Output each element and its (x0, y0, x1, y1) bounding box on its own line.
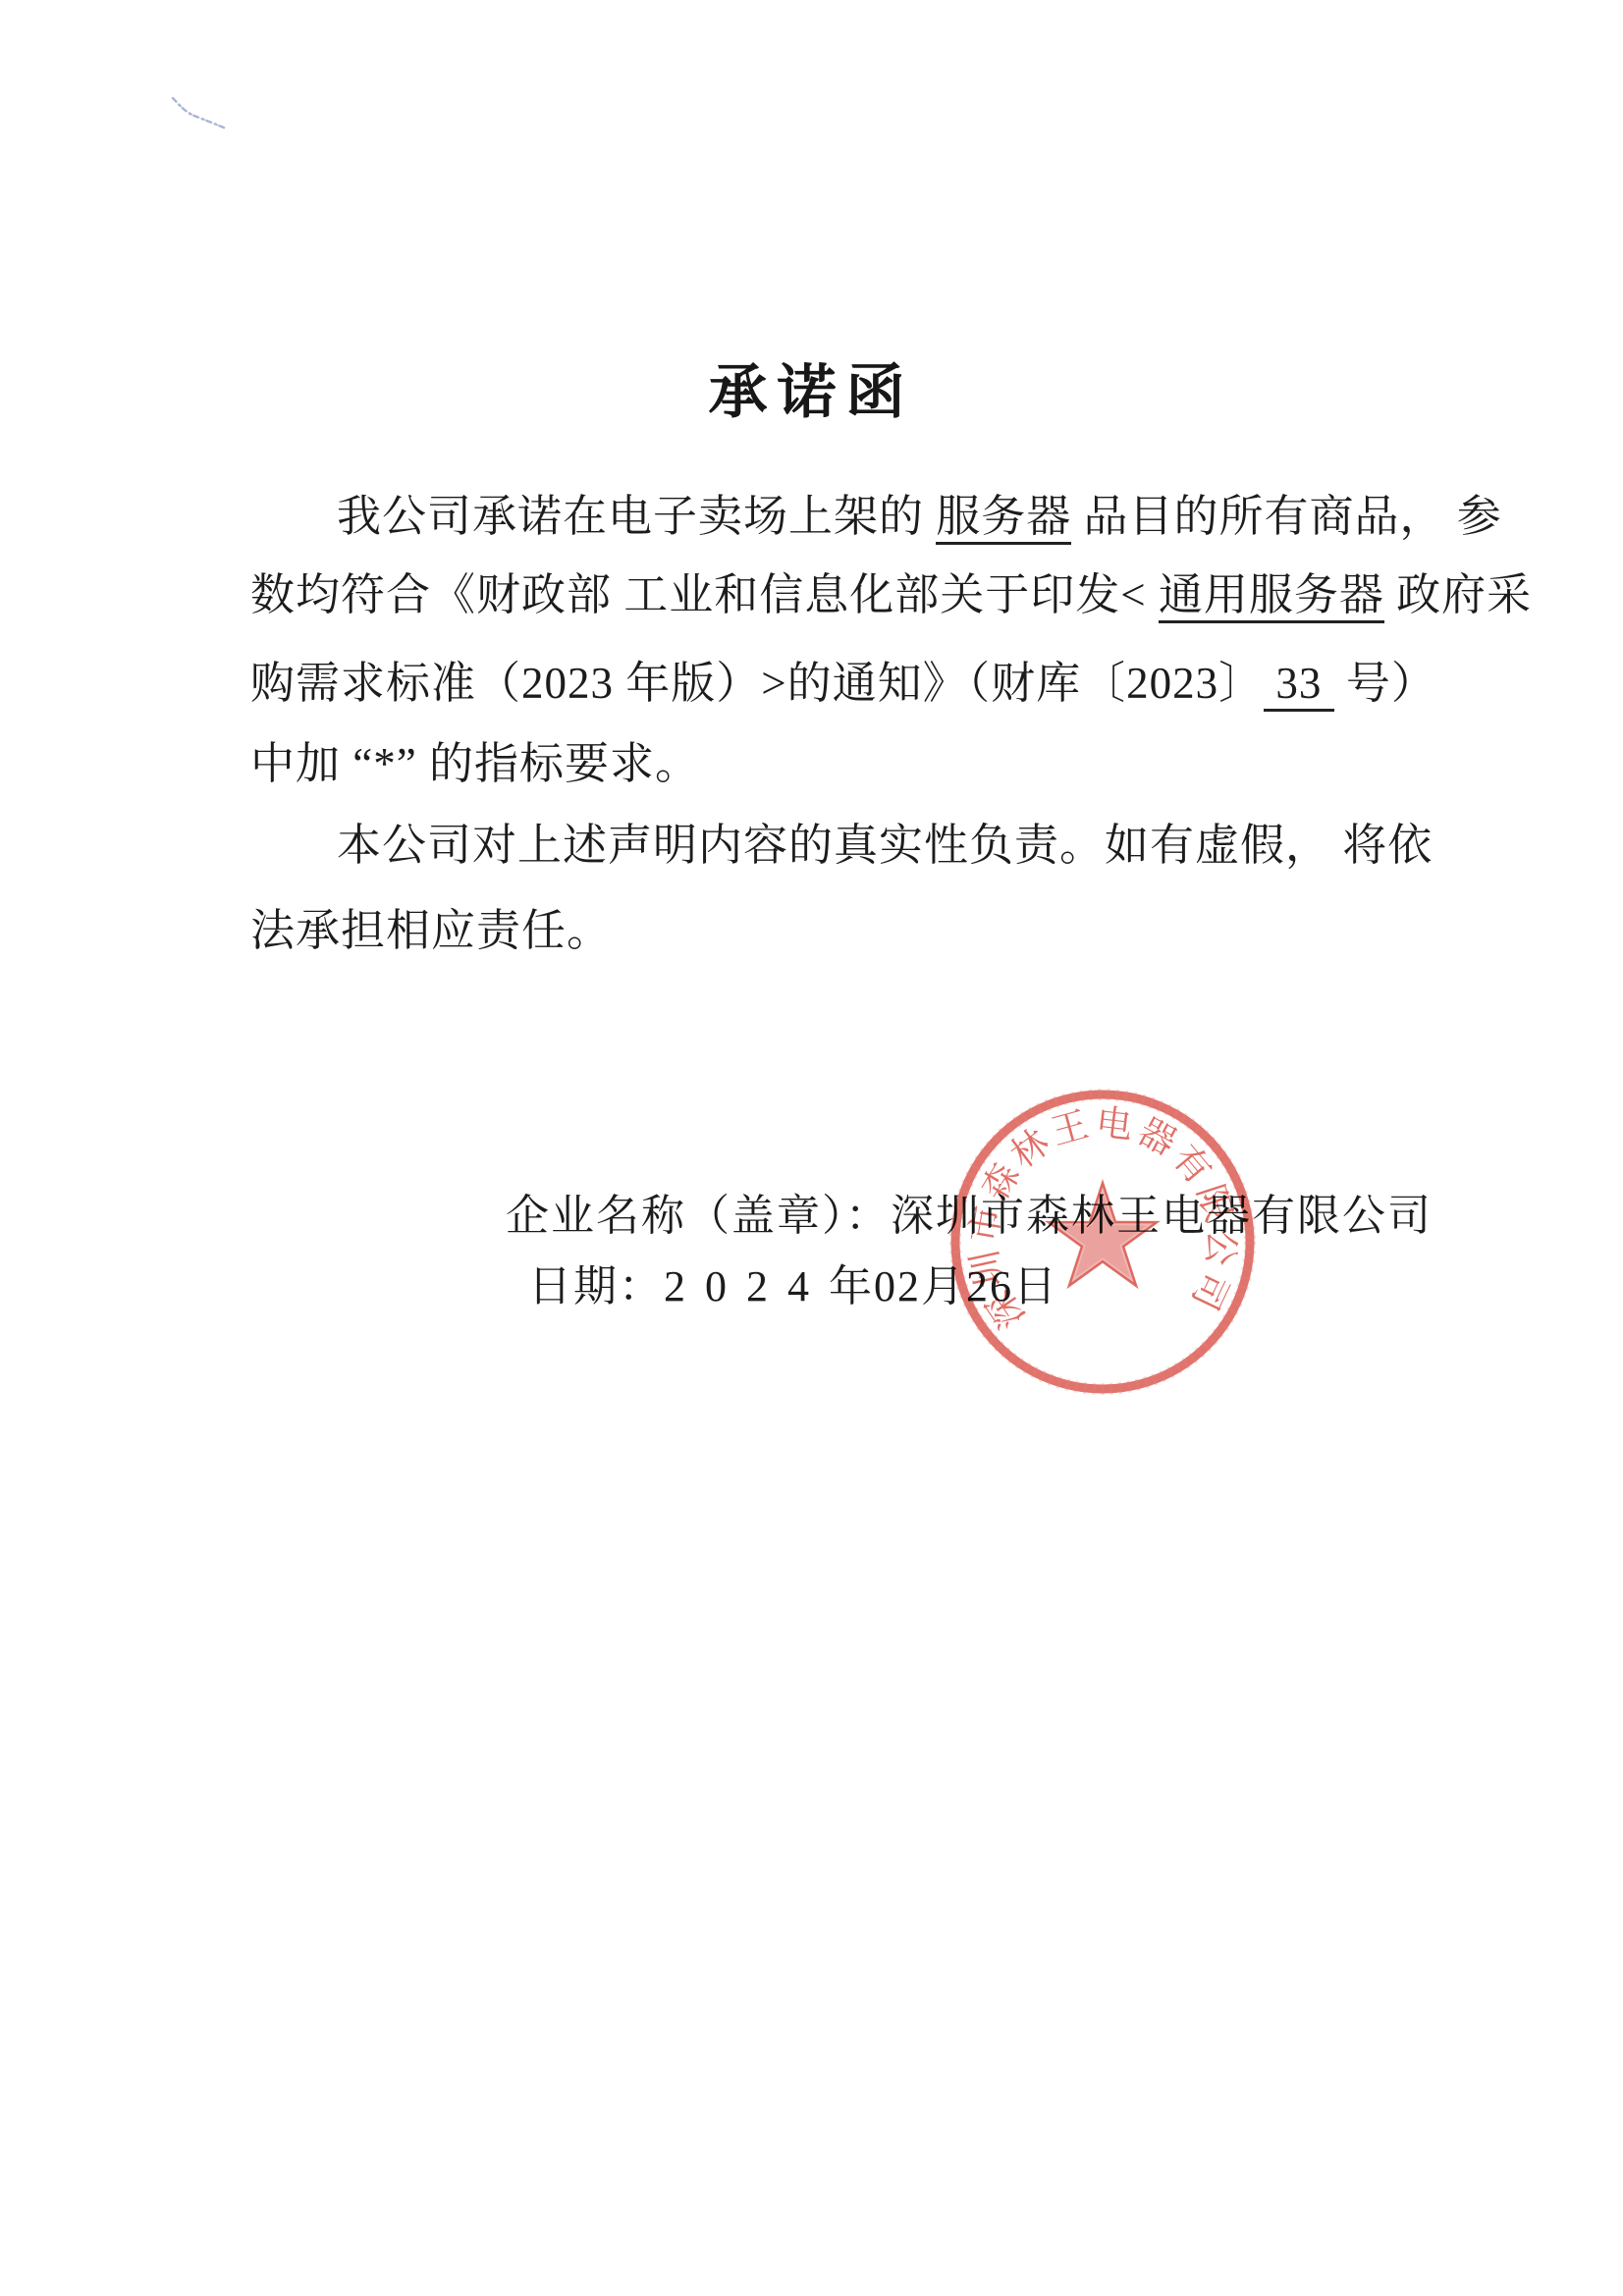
underlined-text: 通用服务器 (1159, 570, 1384, 623)
body-text: 我公司承诺在电子卖场上架的 (337, 492, 936, 541)
body-line-3: 购需求标准（2023 年版）>的通知》（财库〔2023〕 33 号） (250, 661, 1436, 706)
body-text: 政府采 (1384, 570, 1532, 619)
body-text: 品目的所有商品， 参 (1071, 492, 1502, 541)
body-paragraphs: 我公司承诺在电子卖场上架的 服务器 品目的所有商品， 参数均符合《财政部 工业和… (0, 0, 1623, 2296)
body-text: 数均符合《财政部 工业和信息化部关于印发< (250, 570, 1159, 619)
company-seal-stamp: 深圳市森林王电器有限公司 (936, 1075, 1270, 1409)
underlined-text: 33 (1264, 659, 1334, 712)
body-text: 购需求标准（2023 年版）>的通知》（财库〔2023〕 (250, 659, 1264, 708)
body-line-6: 法承担相应责任。 (250, 908, 612, 953)
body-text: 本公司对上述声明内容的真实性负责。如有虚假， 将依 (337, 821, 1433, 870)
body-line-4: 中加 “*” 的指标要求。 (250, 741, 700, 786)
body-line-5: 本公司对上述声明内容的真实性负责。如有虚假， 将依 (250, 823, 1433, 868)
body-text: 号） (1334, 659, 1436, 708)
seal-star-icon (1049, 1183, 1157, 1286)
body-line-2: 数均符合《财政部 工业和信息化部关于印发< 通用服务器 政府采 (250, 572, 1532, 617)
body-text: 中加 “*” 的指标要求。 (250, 739, 700, 788)
date-year: 2024 (664, 1262, 829, 1310)
document-page: 承诺函 我公司承诺在电子卖场上架的 服务器 品目的所有商品， 参数均符合《财政部… (0, 0, 1623, 2296)
underlined-text: 服务器 (936, 492, 1071, 545)
date-label: 日期： (528, 1262, 664, 1310)
company-label: 企业名称（盖章）： (506, 1192, 891, 1240)
body-text: 法承担相应责任。 (250, 906, 612, 955)
body-line-1: 我公司承诺在电子卖场上架的 服务器 品目的所有商品， 参 (250, 494, 1502, 539)
